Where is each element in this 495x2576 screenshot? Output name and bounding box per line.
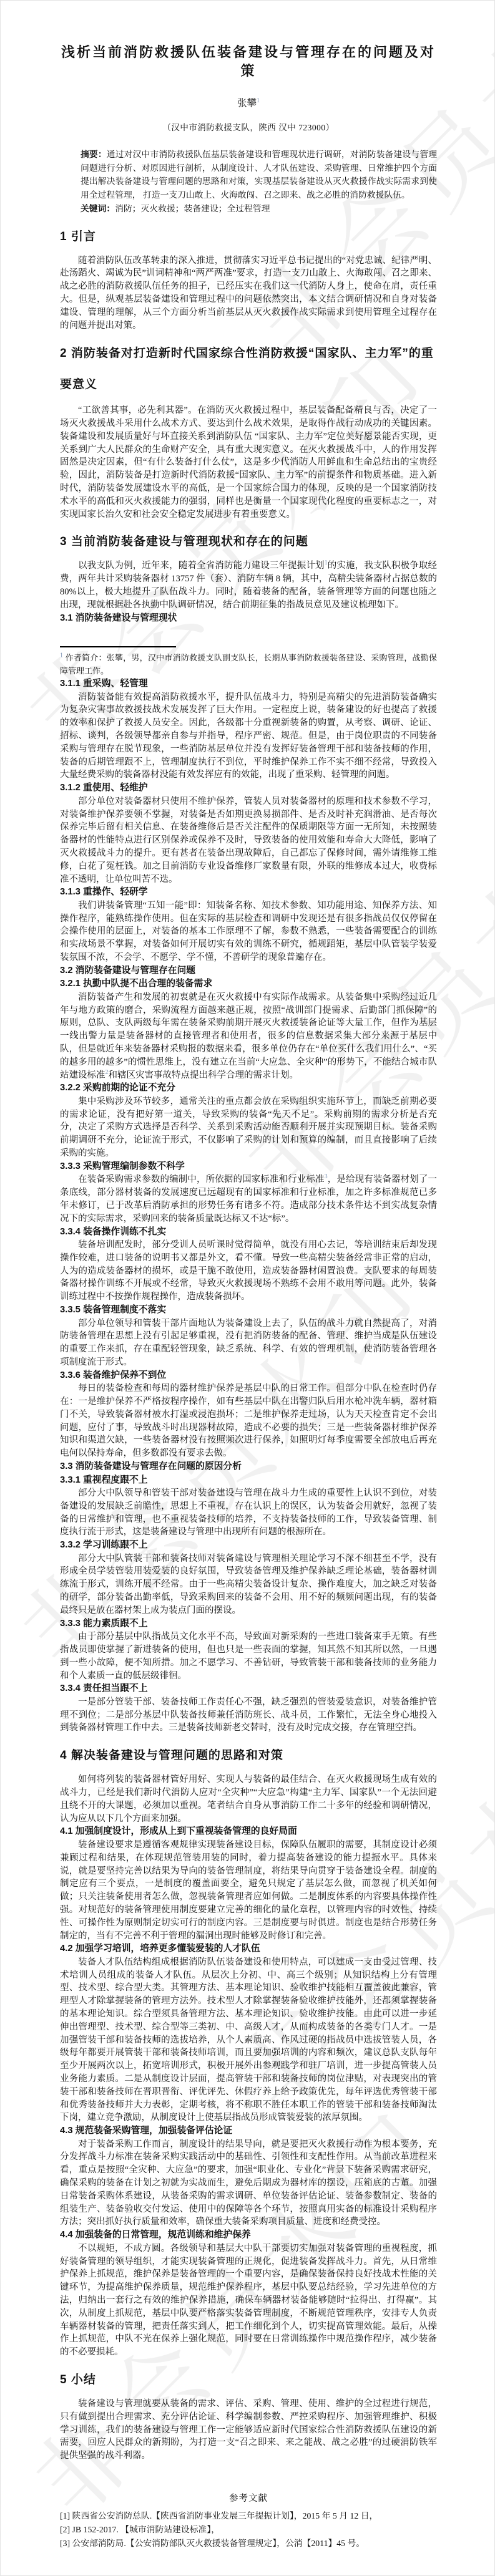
reference-item-2: [2] JB 152-2017. 【城市消防站建设标准】， [60,2523,437,2537]
subsubsection-heading-3-2-1: 3.2.1 执勤中队提不出合理的装备需求 [60,977,437,991]
paragraph-4-1: 装备建设要求是遵循客观规律实现装备建设目标，保障队伍履职的需要，其制度设计必须兼… [60,1839,437,1942]
section-heading-5-summary: 5 小结 [60,2369,437,2391]
subsubsection-heading-3-3-4-duty: 3.3.4 责任担当跟不上 [60,1682,437,1696]
subsubsection-heading-3-3-3-ability: 3.3.3 能力素质跟不上 [60,1617,437,1631]
document-content: 浅析当前消防救援队伍装备建设与管理存在的问题及对策 张攀1 （汉中市消防救援支队… [1,1,494,2575]
subsection-heading-4-3: 4.3 规范装备采购管理，加强装备评估论证 [60,2124,437,2138]
subsubsection-heading-3-1-1: 3.1.1 重采购、轻管理 [60,677,437,691]
paragraph-3-1-3: 我们讲装备管理“五知一能”即：知装备名称、知技术参数、知功能用途、知保养方法、知… [60,899,437,964]
author-bio-footnote: 1 作者简介：张攀，男，汉中市消防救援支队副支队长，长期从事消防救援装备建设、采… [60,651,437,677]
subsection-heading-4-4: 4.4 加强装备的日常管理，规范训练和维护保养 [60,2229,437,2242]
subsubsection-heading-3-3-1: 3.3.1 重视程度跟不上 [60,1474,437,1488]
paragraph-3-3-6: 每日的装备检查和每周的器材维护保养是基层中队的日常工作。但部分中队在检查时仍存在… [60,1382,437,1460]
author-line: 张攀1 [60,95,437,109]
keywords-text: 消防；灭火救援；装备建设；全过程管理 [115,204,270,213]
paragraph-4-4: 不以规矩，不成方圆。各级领导和基层大中队干部要切实加强对装备管理的重视程度，抓好… [60,2242,437,2359]
footnote-text: 作者简介：张攀，男，汉中市消防救援支队副支队长，长期从事消防救援装备建设、采购管… [60,653,437,675]
reference-item-1: [1] 陕西省公安消防总队.【陕西省消防事业发展三年提振计划】，2015 年 5… [60,2509,437,2523]
author-footnote-marker: 1 [257,97,260,104]
subsection-heading-3-2: 3.2 消防装备建设与管理存在问题 [60,964,437,978]
paragraph-3-3-3-params: 在装备采购需求参数的编制中，所依据的国家标准和行业标准3，是给现有装备器材划了一… [60,1173,437,1225]
reference-item-3: [3] 公安部消防局.【公安消防部队灭火救援装备管理规定】，公消【2011】45… [60,2537,437,2550]
paragraph-status: 以我支队为例，近年来，随着全省消防能力建设三年提振计划1的实施，我支队积极争取经… [60,559,437,611]
abstract-label: 摘要： [81,150,107,159]
paragraph-3-2-1-text: 和辖区灾害事故特点提出科学合理的需求计划。 [109,1070,299,1080]
paragraph-3-3-1: 部分大中队领导和管装干部对装备建设与管理在战斗力生成的重要性上认识不到位，对装备… [60,1487,437,1539]
paragraph-4-3: 对于装备采购工作而言，制度设计的结果导向，就是要把灭火救援行动作为根本要务，充分… [60,2138,437,2229]
paragraph-summary: 装备建设与管理就要从装备的需求、评估、采购、管理、使用、维护的全过程进行规范，只… [60,2398,437,2462]
document-page: 非会员水印 非会员水印 非会员水印 非会员水印 非会员水印 非会员水印 浅析当前… [0,0,495,2576]
subsubsection-heading-3-3-3-params: 3.3.3 采购管理编制参数不科学 [60,1160,437,1174]
section-heading-2-significance: 2 消防装备对打造新时代国家综合性消防救援“国家队、主力军”的重要意义 [60,338,437,400]
section-heading-4-solutions: 4 解决装备建设与管理问题的思路和对策 [60,1745,437,1767]
paragraph-3-1-1: 消防装备能有效提高消防救援水平，提升队伍战斗力，特别是高精尖的先进消防装备确实为… [60,691,437,782]
subsubsection-heading-3-1-2: 3.1.2 重使用、轻维护 [60,782,437,795]
subsection-heading-4-1: 4.1 加强制度设计，形成从上到下重视装备管理的良好局面 [60,1825,437,1839]
subsection-heading-3-3-causes: 3.3 消防装备建设与管理存在问题的原因分析 [60,1460,437,1474]
paragraph-3-3-5: 部分单位领导和管装干部片面地认为装备建设上去了，队伍的战斗力就自然提高了，对消防… [60,1317,437,1369]
paragraph-3-2-1-text: 消防装备产生和发展的初衷就是在灭火救援中有实际作战需求。从装备集中采购经过近几年… [60,992,437,1080]
paragraph-3-2-1: 消防装备产生和发展的初衷就是在灭火救援中有实际作战需求。从装备集中采购经过近几年… [60,991,437,1082]
paragraph-3-3-4-training: 装备培训配发时，部分受训人员听课时觉得简单，就没有用心去记，等培训结束后却发现操… [60,1239,437,1304]
subsubsection-heading-3-3-4-training: 3.3.4 装备操作训练不扎实 [60,1226,437,1239]
paragraph-4-2: 装备人才队伍结构组成根据消防队伍装备建设和使用特点，可以建成一支由受过管理、技术… [60,1956,437,2124]
paragraph-status-text: 以我支队为例，近年来，随着全省消防能力建设三年提振计划 [78,561,325,571]
section-heading-1-intro: 1 引言 [60,226,437,248]
paragraph-3-1-2: 部分单位对装备器材只使用不维护保养，管装人员对装备器材的原理和技术参数不学习，对… [60,795,437,886]
affiliation: （汉中市消防救援支队，陕西 汉中 723000） [60,120,437,133]
paragraph-intro: 随着消防队伍改革转隶的深入推进，贯彻落实习近平总书记提出的“对党忠诚、纪律严明、… [60,254,437,332]
subsubsection-heading-3-3-5: 3.3.5 装备管理制度不落实 [60,1304,437,1317]
subsection-heading-4-2: 4.2 加强学习培训，培养更多懂装爱装的人才队伍 [60,1942,437,1956]
keywords-label: 关键词： [81,204,115,213]
paragraph-significance: “工欲善其事，必先利其器”。在消防灭火救援过程中，基层装备配备精良与否，决定了一… [60,404,437,521]
footnote-separator [60,646,176,647]
paragraph-3-3-3-text: 在装备采购需求参数的编制中，所依据的国家标准和行业标准 [78,1174,325,1184]
subsubsection-heading-3-2-2: 3.2.2 采购前期的论证不充分 [60,1082,437,1095]
paper-title: 浅析当前消防救援队伍装备建设与管理存在的问题及对策 [60,43,437,80]
subsubsection-heading-3-1-3: 3.1.3 重操作、轻研学 [60,886,437,899]
section-heading-3-status: 3 当前消防装备建设与管理现状和存在的问题 [60,531,437,553]
author-name: 张攀 [237,98,257,109]
abstract-text: 通过对汉中市消防救援队伍基层装备建设和管理现状进行调研，对消防装备建设与管理问题… [81,150,437,200]
paragraph-3-3-4-duty: 一是部分管装干部、装备技师工作责任心不强，缺乏强烈的管装爱装意识，对装备维护管理… [60,1696,437,1735]
paragraph-3-3-2: 部分大中队管装干部和装备技师对装备建设与管理相关理论学习不深不细甚至不学，没有形… [60,1552,437,1617]
paragraph-solutions: 如何将列装的装备器材管好用好、实现人与装备的最佳结合、在灭火救援现场生成有效的战… [60,1773,437,1825]
paragraph-3-2-2: 集中采购涉及环节较多，通常关注的重点都会放在采购组织实施环节上，而缺乏前期必要的… [60,1095,437,1160]
keywords: 关键词：消防；灭火救援；装备建设；全过程管理 [81,202,437,216]
subsubsection-heading-3-3-2: 3.3.2 学习训练跟不上 [60,1539,437,1552]
references-heading: 参考文献 [60,2491,437,2504]
references-section: 参考文献 [1] 陕西省公安消防总队.【陕西省消防事业发展三年提振计划】，201… [60,2491,437,2550]
subsubsection-heading-3-3-6: 3.3.6 装备维护保养不到位 [60,1369,437,1383]
subsection-heading-3-1: 3.1 消防装备建设与管理现状 [60,612,437,626]
paragraph-3-3-3-ability: 由于部分基层中队指战员文化水平不高，导致面对新采购的一些进口装备束手无策。有些指… [60,1630,437,1682]
abstract: 摘要：通过对汉中市消防救援队伍基层装备建设和管理现状进行调研，对消防装备建设与管… [81,148,437,202]
